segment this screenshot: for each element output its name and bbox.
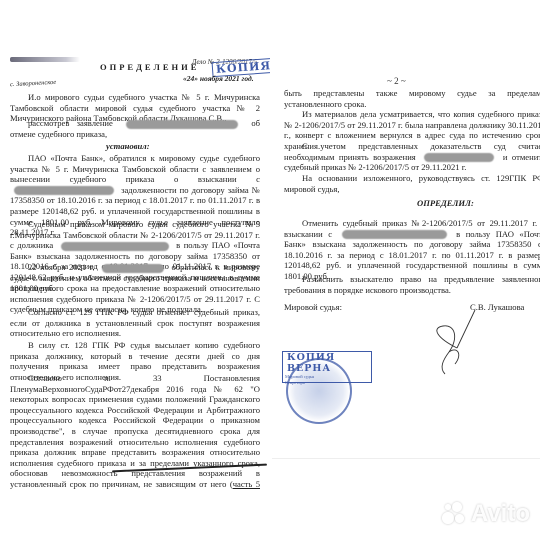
redacted-name [102,264,164,273]
right-document-page: ~ 2 ~ быть представлены также мировому с… [272,58,540,540]
stamp-line: Секретарь [283,380,371,386]
judge-label: Мировой судья: [284,302,342,313]
established-heading: установил: [106,141,150,151]
certified-copy-stamp: КОПИЯ ВЕРНА Мировой судья Секретарь [282,351,372,383]
para-text: С учетом представленных доказательств су… [284,141,540,162]
left-document-page: ОПРЕДЕЛЕНИЕ Дело № 2-1206/2017/5 КОПИЯ с… [0,0,270,490]
redacted-name [424,153,494,162]
page-divider [272,458,540,459]
redacted-name [342,230,447,239]
redacted-name [61,242,169,251]
avito-watermark: Avito [442,500,530,528]
redacted-name [126,120,238,129]
city-label: с. Завороненское [10,79,57,88]
paragraph-3: С учетом представленных доказательств су… [284,141,540,173]
page-number-mark: ~ 2 ~ [387,76,406,86]
paragraph-6: Разъяснить взыскателю право на предъявле… [284,274,540,295]
paragraph-4: Согласно ст. 129 ГПК РФ судья отменяет с… [10,307,260,339]
avito-brand-text: Avito [471,500,530,528]
scan-edge-shadow [10,57,80,62]
paragraph-5: Отменить судебный приказ №2-1206/2017/5 … [284,218,540,282]
avito-logo-icon [442,502,468,526]
para-text: ПАО «Почта Банк», обратился к мировому с… [10,153,260,184]
paragraph-6: Согласно п. 33 Постановления ПленумаВерх… [10,373,260,490]
stamp-title: КОПИЯ ВЕРНА [283,352,371,374]
document-title: ОПРЕДЕЛЕНИЕ [100,62,199,72]
decided-heading: ОПРЕДЕЛИЛ: [417,198,474,208]
intro-text: рассмотрев заявление [28,118,113,128]
intro-paragraph-2: рассмотрев заявление об отмене судебного… [10,118,260,139]
document-date: «24» ноября 2021 год. [183,74,254,83]
redacted-name [14,186,114,195]
signature-icon [427,308,487,378]
para-text: Согласно п. 33 Постановления ПленумаВерх… [10,373,260,489]
para-text: 22 ноября 2021 г. [28,262,94,272]
paragraph-4: На основании изложенного, руководствуясь… [284,173,540,194]
paragraph-continued: быть представлены также мировому судье з… [284,88,540,109]
